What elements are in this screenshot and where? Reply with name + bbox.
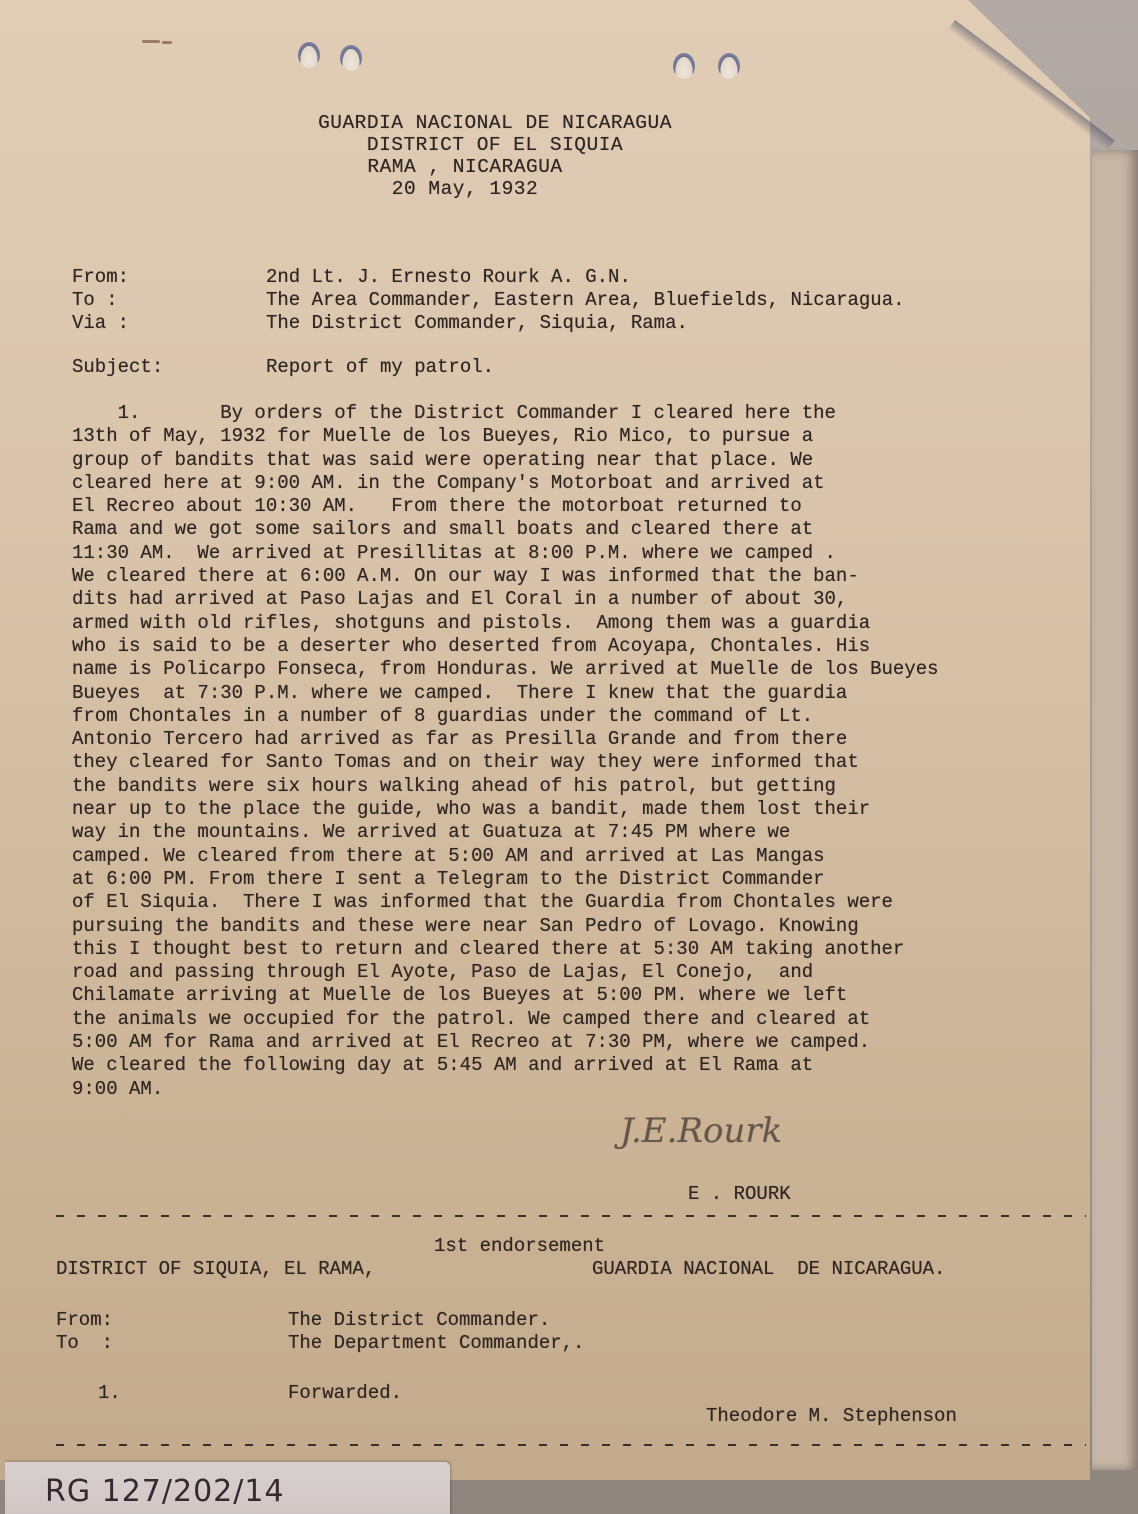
typed-signature: E . ROURK xyxy=(688,1183,791,1206)
letterhead-organization: GUARDIA NACIONAL DE NICARAGUA xyxy=(0,112,990,135)
endorsement-item-text: Forwarded. xyxy=(288,1382,402,1405)
letterhead-date: 20 May, 1932 xyxy=(0,178,960,201)
memo-via-label: Via : xyxy=(72,312,129,335)
body-line: Rama and we got some sailors and small b… xyxy=(72,518,1032,541)
endorsement-signer: Theodore M. Stephenson xyxy=(706,1405,957,1428)
report-body: 1. By orders of the District Commander I… xyxy=(72,402,1032,1101)
body-line: El Recreo about 10:30 AM. From there the… xyxy=(72,495,1032,518)
body-line: the animals we occupied for the patrol. … xyxy=(72,1008,1032,1031)
separator-dashed xyxy=(56,1444,1086,1446)
body-line: of El Siquia. There I was informed that … xyxy=(72,891,1032,914)
typewritten-document: GUARDIA NACIONAL DE NICARAGUA DISTRICT O… xyxy=(0,0,1090,1480)
body-line: this I thought best to return and cleare… xyxy=(72,938,1032,961)
body-line: Chilamate arriving at Muelle de los Buey… xyxy=(72,984,1032,1007)
body-line: pursuing the bandits and these were near… xyxy=(72,915,1032,938)
memo-subject-value: Report of my patrol. xyxy=(266,356,494,379)
body-line: armed with old rifles, shotguns and pist… xyxy=(72,612,1032,635)
memo-via-value: The District Commander, Siquia, Rama. xyxy=(266,312,688,335)
body-line: 11:30 AM. We arrived at Presillitas at 8… xyxy=(72,542,1032,565)
body-line: 13th of May, 1932 for Muelle de los Buey… xyxy=(72,425,1032,448)
body-line: Bueyes at 7:30 P.M. where we camped. The… xyxy=(72,682,1032,705)
separator-dashed xyxy=(56,1215,1086,1217)
archive-label-card: RG 127/202/14 xyxy=(5,1462,450,1514)
body-line: 5:00 AM for Rama and arrived at El Recre… xyxy=(72,1031,1032,1054)
body-line: near up to the place the guide, who was … xyxy=(72,798,1032,821)
endorsement-title: 1st endorsement xyxy=(434,1235,605,1258)
underlying-sheet-edge xyxy=(1092,150,1138,1470)
body-line: the bandits were six hours walking ahead… xyxy=(72,775,1032,798)
endorsement-to-label: To : xyxy=(56,1332,113,1355)
memo-to-label: To : xyxy=(72,289,118,312)
body-line: Antonio Tercero had arrived as far as Pr… xyxy=(72,728,1032,751)
handwritten-signature: J.E.Rourk xyxy=(620,1120,782,1143)
body-line: they cleared for Santo Tomas and on thei… xyxy=(72,751,1032,774)
memo-from-value: 2nd Lt. J. Ernesto Rourk A. G.N. xyxy=(266,266,631,289)
endorsement-origin-district: DISTRICT OF SIQUIA, EL RAMA, xyxy=(56,1258,375,1281)
body-line: group of bandits that was said were oper… xyxy=(72,449,1032,472)
endorsement-from-value: The District Commander. xyxy=(288,1309,550,1332)
body-line: camped. We cleared from there at 5:00 AM… xyxy=(72,845,1032,868)
body-line: 9:00 AM. xyxy=(72,1078,1032,1101)
archive-reference: RG 127/202/14 xyxy=(45,1474,285,1509)
endorsement-from-label: From: xyxy=(56,1309,113,1332)
memo-to-value: The Area Commander, Eastern Area, Bluefi… xyxy=(266,289,905,312)
endorsement-origin-organization: GUARDIA NACIONAL DE NICARAGUA. xyxy=(592,1258,945,1281)
body-line: We cleared the following day at 5:45 AM … xyxy=(72,1054,1032,1077)
letterhead-location: RAMA , NICARAGUA xyxy=(0,156,960,179)
body-line: who is said to be a deserter who deserte… xyxy=(72,635,1032,658)
body-line: name is Policarpo Fonseca, from Honduras… xyxy=(72,658,1032,681)
body-line: at 6:00 PM. From there I sent a Telegram… xyxy=(72,868,1032,891)
body-line: road and passing through El Ayote, Paso … xyxy=(72,961,1032,984)
body-line: 1. By orders of the District Commander I… xyxy=(72,402,1032,425)
endorsement-item-number: 1. xyxy=(98,1382,121,1405)
body-line: cleared here at 9:00 AM. in the Company'… xyxy=(72,472,1032,495)
letterhead-district: DISTRICT OF EL SIQUIA xyxy=(0,134,990,157)
memo-subject-label: Subject: xyxy=(72,356,163,379)
memo-from-label: From: xyxy=(72,266,129,289)
body-line: way in the mountains. We arrived at Guat… xyxy=(72,821,1032,844)
body-line: dits had arrived at Paso Lajas and El Co… xyxy=(72,588,1032,611)
endorsement-to-value: The Department Commander,. xyxy=(288,1332,584,1355)
body-line: We cleared there at 6:00 A.M. On our way… xyxy=(72,565,1032,588)
body-line: from Chontales in a number of 8 guardias… xyxy=(72,705,1032,728)
